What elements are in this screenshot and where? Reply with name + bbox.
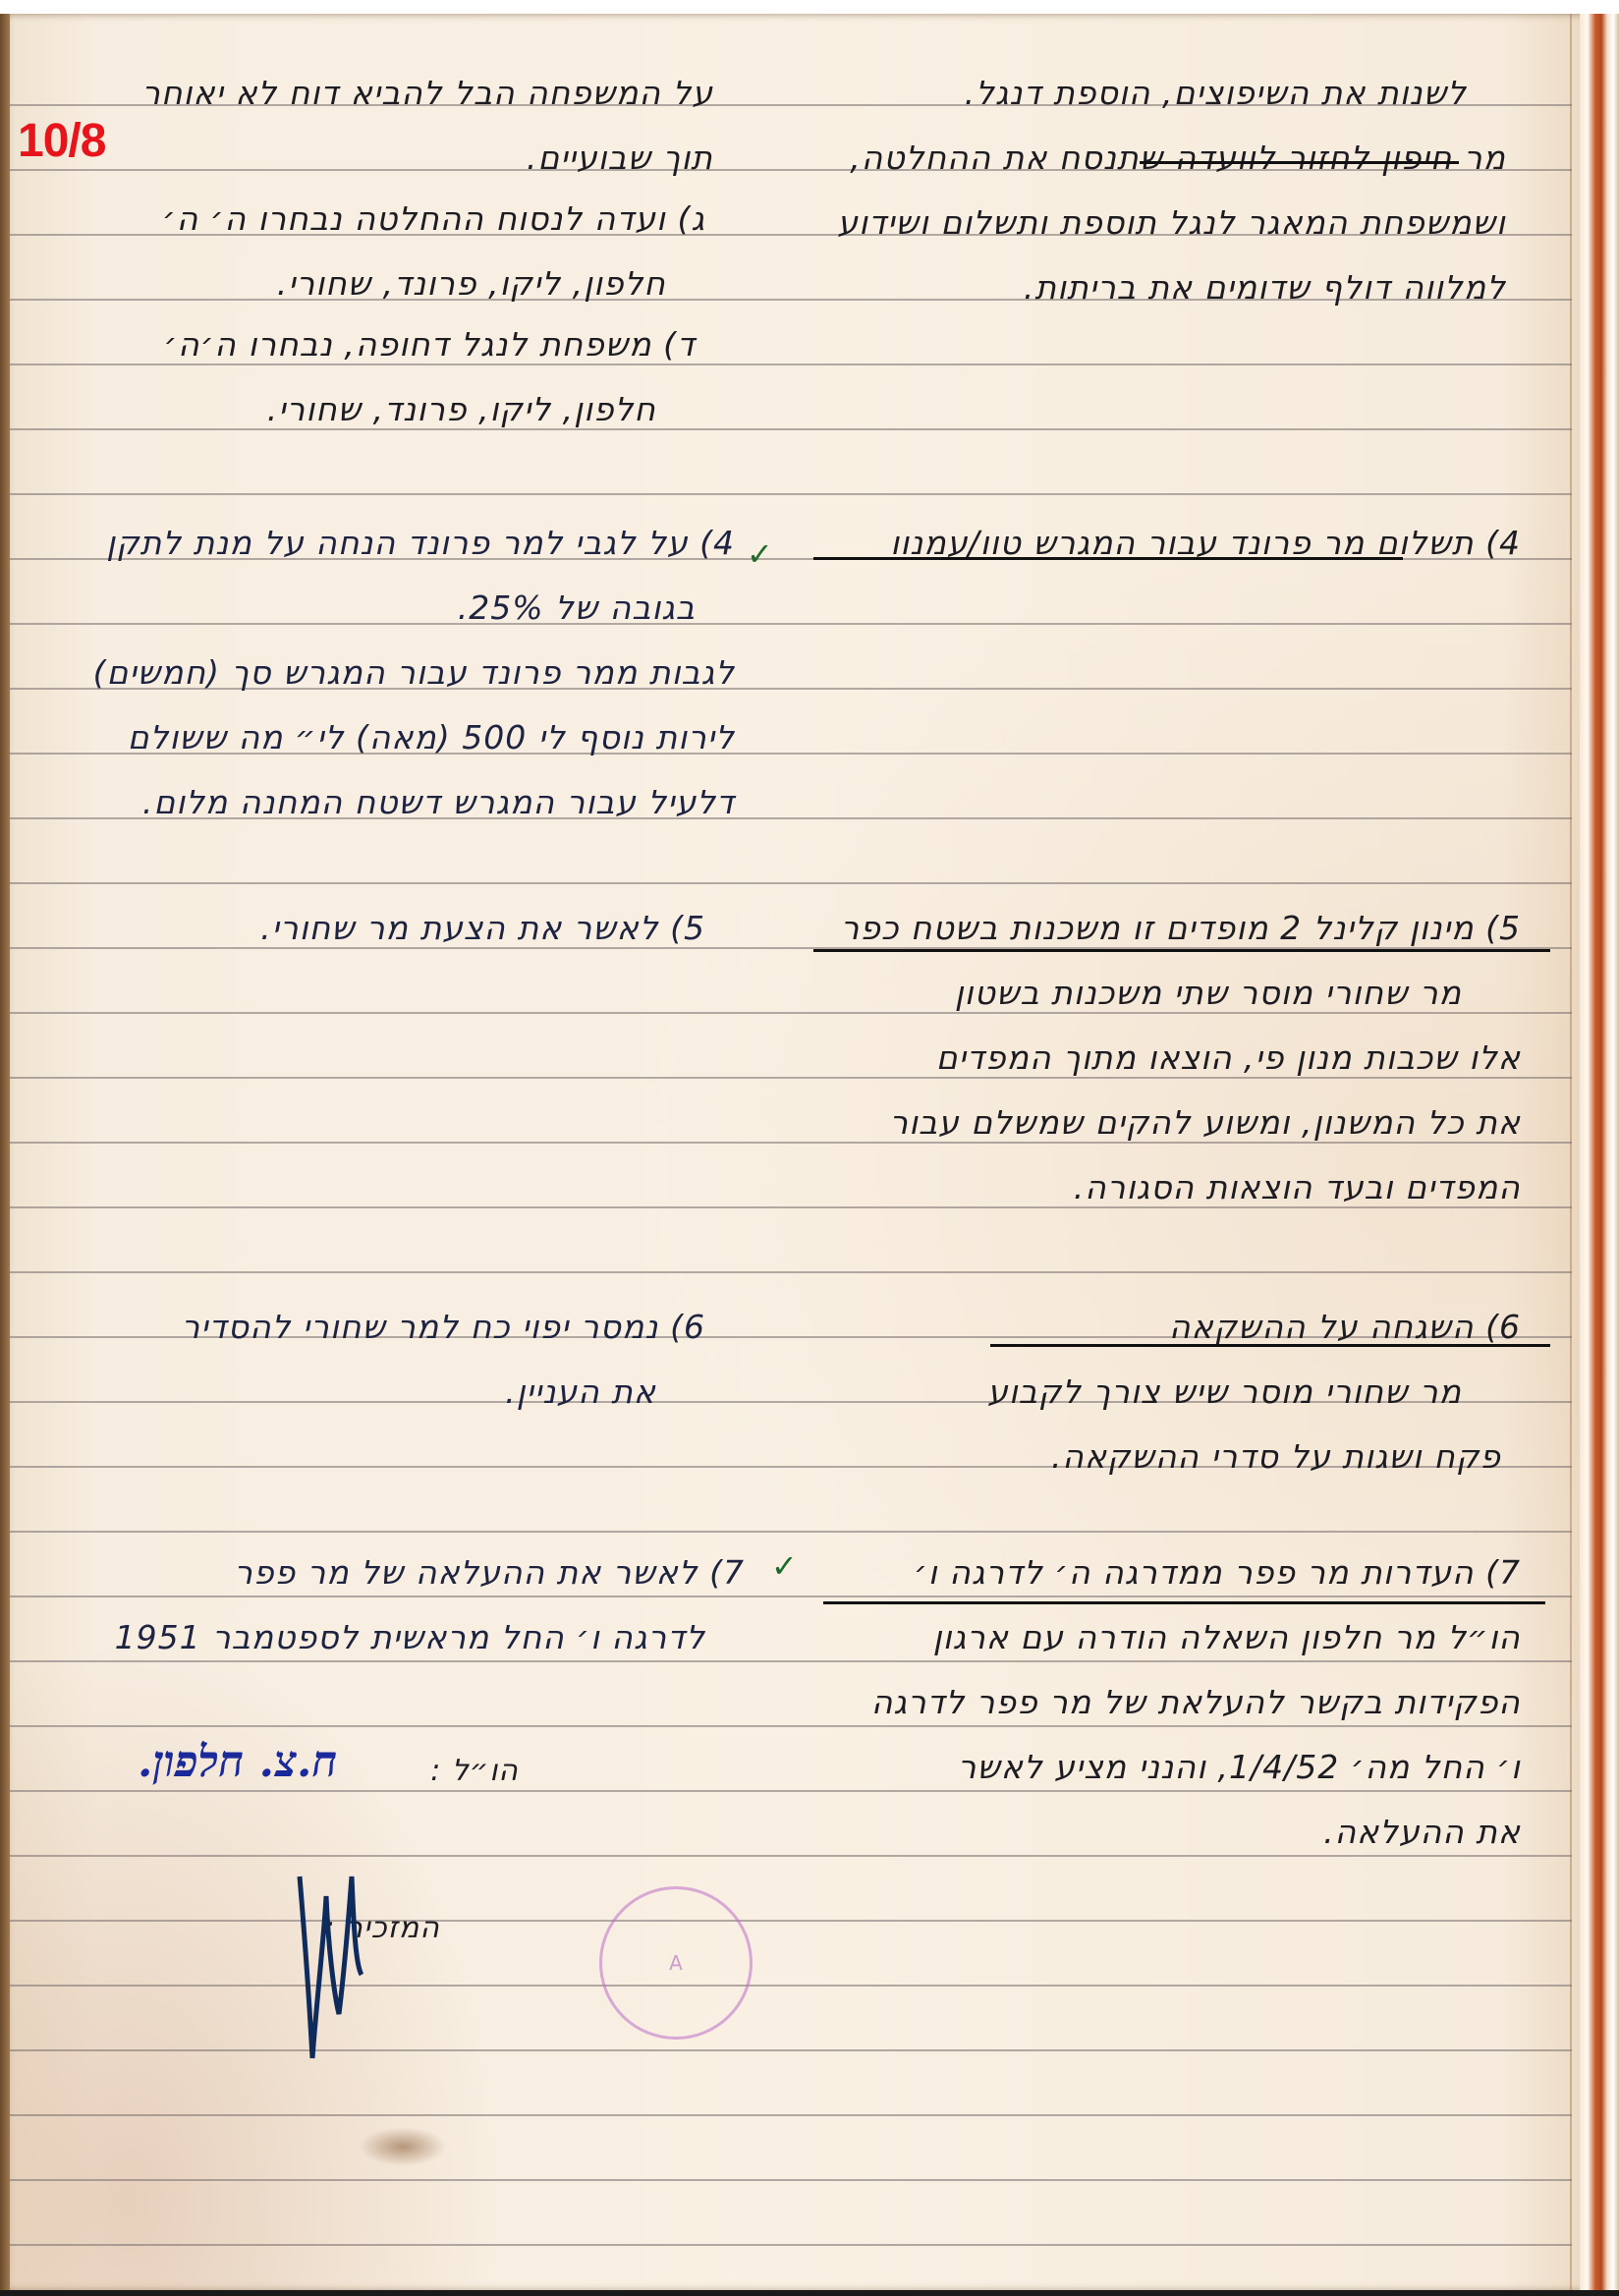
text-line: בגובה של 25%. [93, 576, 735, 641]
text-line: מר חיפון לחזור לוועדה שתנסח את ההחלטה, [837, 126, 1506, 191]
binding-right [1580, 14, 1619, 2291]
text-line: נמסר יפוי כח למר שחורי להסדיר [182, 1308, 659, 1346]
ruled-line [10, 493, 1572, 495]
chairman-label: הו״ל : [430, 1739, 519, 1804]
ruled-line [10, 1531, 1572, 1533]
text-line: את כל המשנון, ומשוע להקים שמשלם עבור [841, 1091, 1521, 1155]
text-line: דלעיל עבור המגרש דשטח המחנה מלום. [93, 770, 735, 835]
text-line: לשנות את השיפוצים, הוספת דנגל. [837, 61, 1506, 126]
text-line: את ההעלאה. [871, 1800, 1521, 1865]
text-line: הו״ל מר חלפון השאלה הודרה עם ארגון [871, 1605, 1521, 1670]
text-line: תוך שבועיים. [141, 126, 713, 191]
left-item-4: 4) על לגבי למר פרונד הנחה על מנת לתקן בג… [93, 511, 735, 835]
text-line: ועדה לנסוח ההחלטה נבחרו ה׳ ה׳ [162, 199, 666, 238]
heading-underline [990, 1344, 1550, 1347]
ruled-line [10, 2244, 1572, 2246]
item-heading: השגחה על ההשקאה [1169, 1308, 1475, 1346]
item-number: 4) [699, 524, 735, 562]
checkmark-icon: ✓ [747, 535, 773, 573]
item-number: 5) [1485, 909, 1521, 947]
heading-underline [813, 949, 1550, 952]
item-number: 4) [1485, 524, 1521, 562]
text-line: פקח ושגות על סדרי ההשקאה. [987, 1425, 1521, 1489]
item-number: ג) [678, 199, 705, 238]
chairman-signature: ח.צ. חלפון. [138, 1737, 337, 1787]
text-line: לאשר את הצעת מר שחורי. [260, 909, 658, 947]
left-item-c: ג) ועדה לנסוח ההחלטה נבחרו ה׳ ה׳ חלפון, … [162, 187, 705, 316]
page-margin-line [1570, 14, 1572, 2291]
text-line: ושמשפחת המאגר לנגל תוספת ותשלום ושידוע [837, 191, 1506, 255]
official-stamp: A [599, 1886, 753, 2040]
text-line: מר שחורי מוסר שיש צורך לקבוע [987, 1360, 1521, 1425]
item-number: 7) [1485, 1553, 1521, 1592]
text-line: אלו שכבות מנון פי, הוצאו מתוך המפדים [841, 1026, 1521, 1091]
secretary-signature [295, 1857, 363, 2063]
item-heading: העדרות מר פפר ממדרגה ה׳ לדרגה ו׳ [914, 1553, 1475, 1592]
heading-underline [823, 1601, 1545, 1604]
left-continuation: על המשפחה הבל להביא דוח לא יאוחר תוך שבו… [141, 61, 713, 191]
text-line: את העניין. [182, 1360, 705, 1425]
ruled-line [10, 1920, 1572, 1922]
underline [1140, 161, 1459, 164]
item-number: 7) [709, 1553, 745, 1592]
text-line: על לגבי למר פרונד הנחה על מנת לתקן [106, 524, 688, 562]
text-line: הפקידות בקשר להעלאת של מר פפר לדרגה [871, 1670, 1521, 1735]
right-item-6: 6) השגחה על ההשקאה מר שחורי מוסר שיש צור… [987, 1295, 1521, 1489]
item-number: 6) [1485, 1308, 1521, 1346]
ruled-line [10, 882, 1572, 884]
page-bottom-edge [0, 2290, 1619, 2296]
ink-smudge [359, 2127, 447, 2166]
left-item-6: 6) נמסר יפוי כח למר שחורי להסדיר את העני… [182, 1295, 705, 1425]
text-line: משפחת לנגל דחופה, נבחרו ה׳ה׳ [163, 325, 651, 364]
right-item-7: 7) העדרות מר פפר ממדרגה ה׳ לדרגה ו׳ הו״ל… [871, 1540, 1521, 1865]
item-number: ד) [663, 325, 696, 364]
item-heading: מינון קלינל 2 מופדים זו משכנות בשטח כפר [841, 909, 1475, 947]
stamp-text: A [669, 1951, 683, 1975]
heading-underline [813, 557, 1403, 560]
text-line: לדרגה ו׳ החל מראשית לספטמבר 1951 [115, 1605, 745, 1670]
left-item-7: 7) לאשר את ההעלאה של מר פפר לדרגה ו׳ החל… [115, 1540, 745, 1670]
left-item-d: ד) משפחת לנגל דחופה, נבחרו ה׳ה׳ חלפון, ל… [163, 312, 696, 442]
text-line: ו׳ החל מה׳ 1/4/52, והנני מציע לאשר [871, 1735, 1521, 1800]
text-line: למלווה דולף שדומים את בריתות. [837, 255, 1506, 320]
text-line: לאשר את ההעלאה של מר פפר [234, 1553, 698, 1592]
text-line: חלפון, ליקו, פרונד, שחורי. [163, 377, 696, 442]
ruled-line [10, 1985, 1572, 1987]
right-item-4: 4) תשלום מר פרונד עבור המגרש טוו/עמנוו [890, 511, 1521, 576]
item-number: 5) [670, 909, 705, 947]
ruled-line [10, 1271, 1572, 1273]
text-line: מר שחורי מוסר שתי משכנות בשטון [841, 961, 1521, 1026]
text-line: על המשפחה הבל להביא דוח לא יאוחר [141, 61, 713, 126]
left-item-5: 5) לאשר את הצעת מר שחורי. [260, 896, 705, 961]
text-line: לגבות ממר פרונד עבור המגרש סך (חמשים) [93, 641, 735, 705]
item-number: 6) [670, 1308, 705, 1346]
right-item-5: 5) מינון קלינל 2 מופדים זו משכנות בשטח כ… [841, 896, 1521, 1220]
ruled-line [10, 2179, 1572, 2181]
right-continuation: לשנות את השיפוצים, הוספת דנגל. מר חיפון … [837, 61, 1506, 320]
text-line: לירות נוסף לי 500 (מאה) לי״ מה ששולם [93, 705, 735, 770]
ruled-line [10, 2114, 1572, 2116]
ruled-line [10, 2049, 1572, 2051]
binding-left [0, 14, 10, 2291]
page-marker: 10/8 [18, 114, 105, 168]
text-line: חלפון, ליקו, פרונד, שחורי. [162, 252, 705, 316]
checkmark-icon: ✓ [771, 1547, 798, 1585]
text-line: המפדים ובעד הוצאות הסגורה. [841, 1155, 1521, 1220]
